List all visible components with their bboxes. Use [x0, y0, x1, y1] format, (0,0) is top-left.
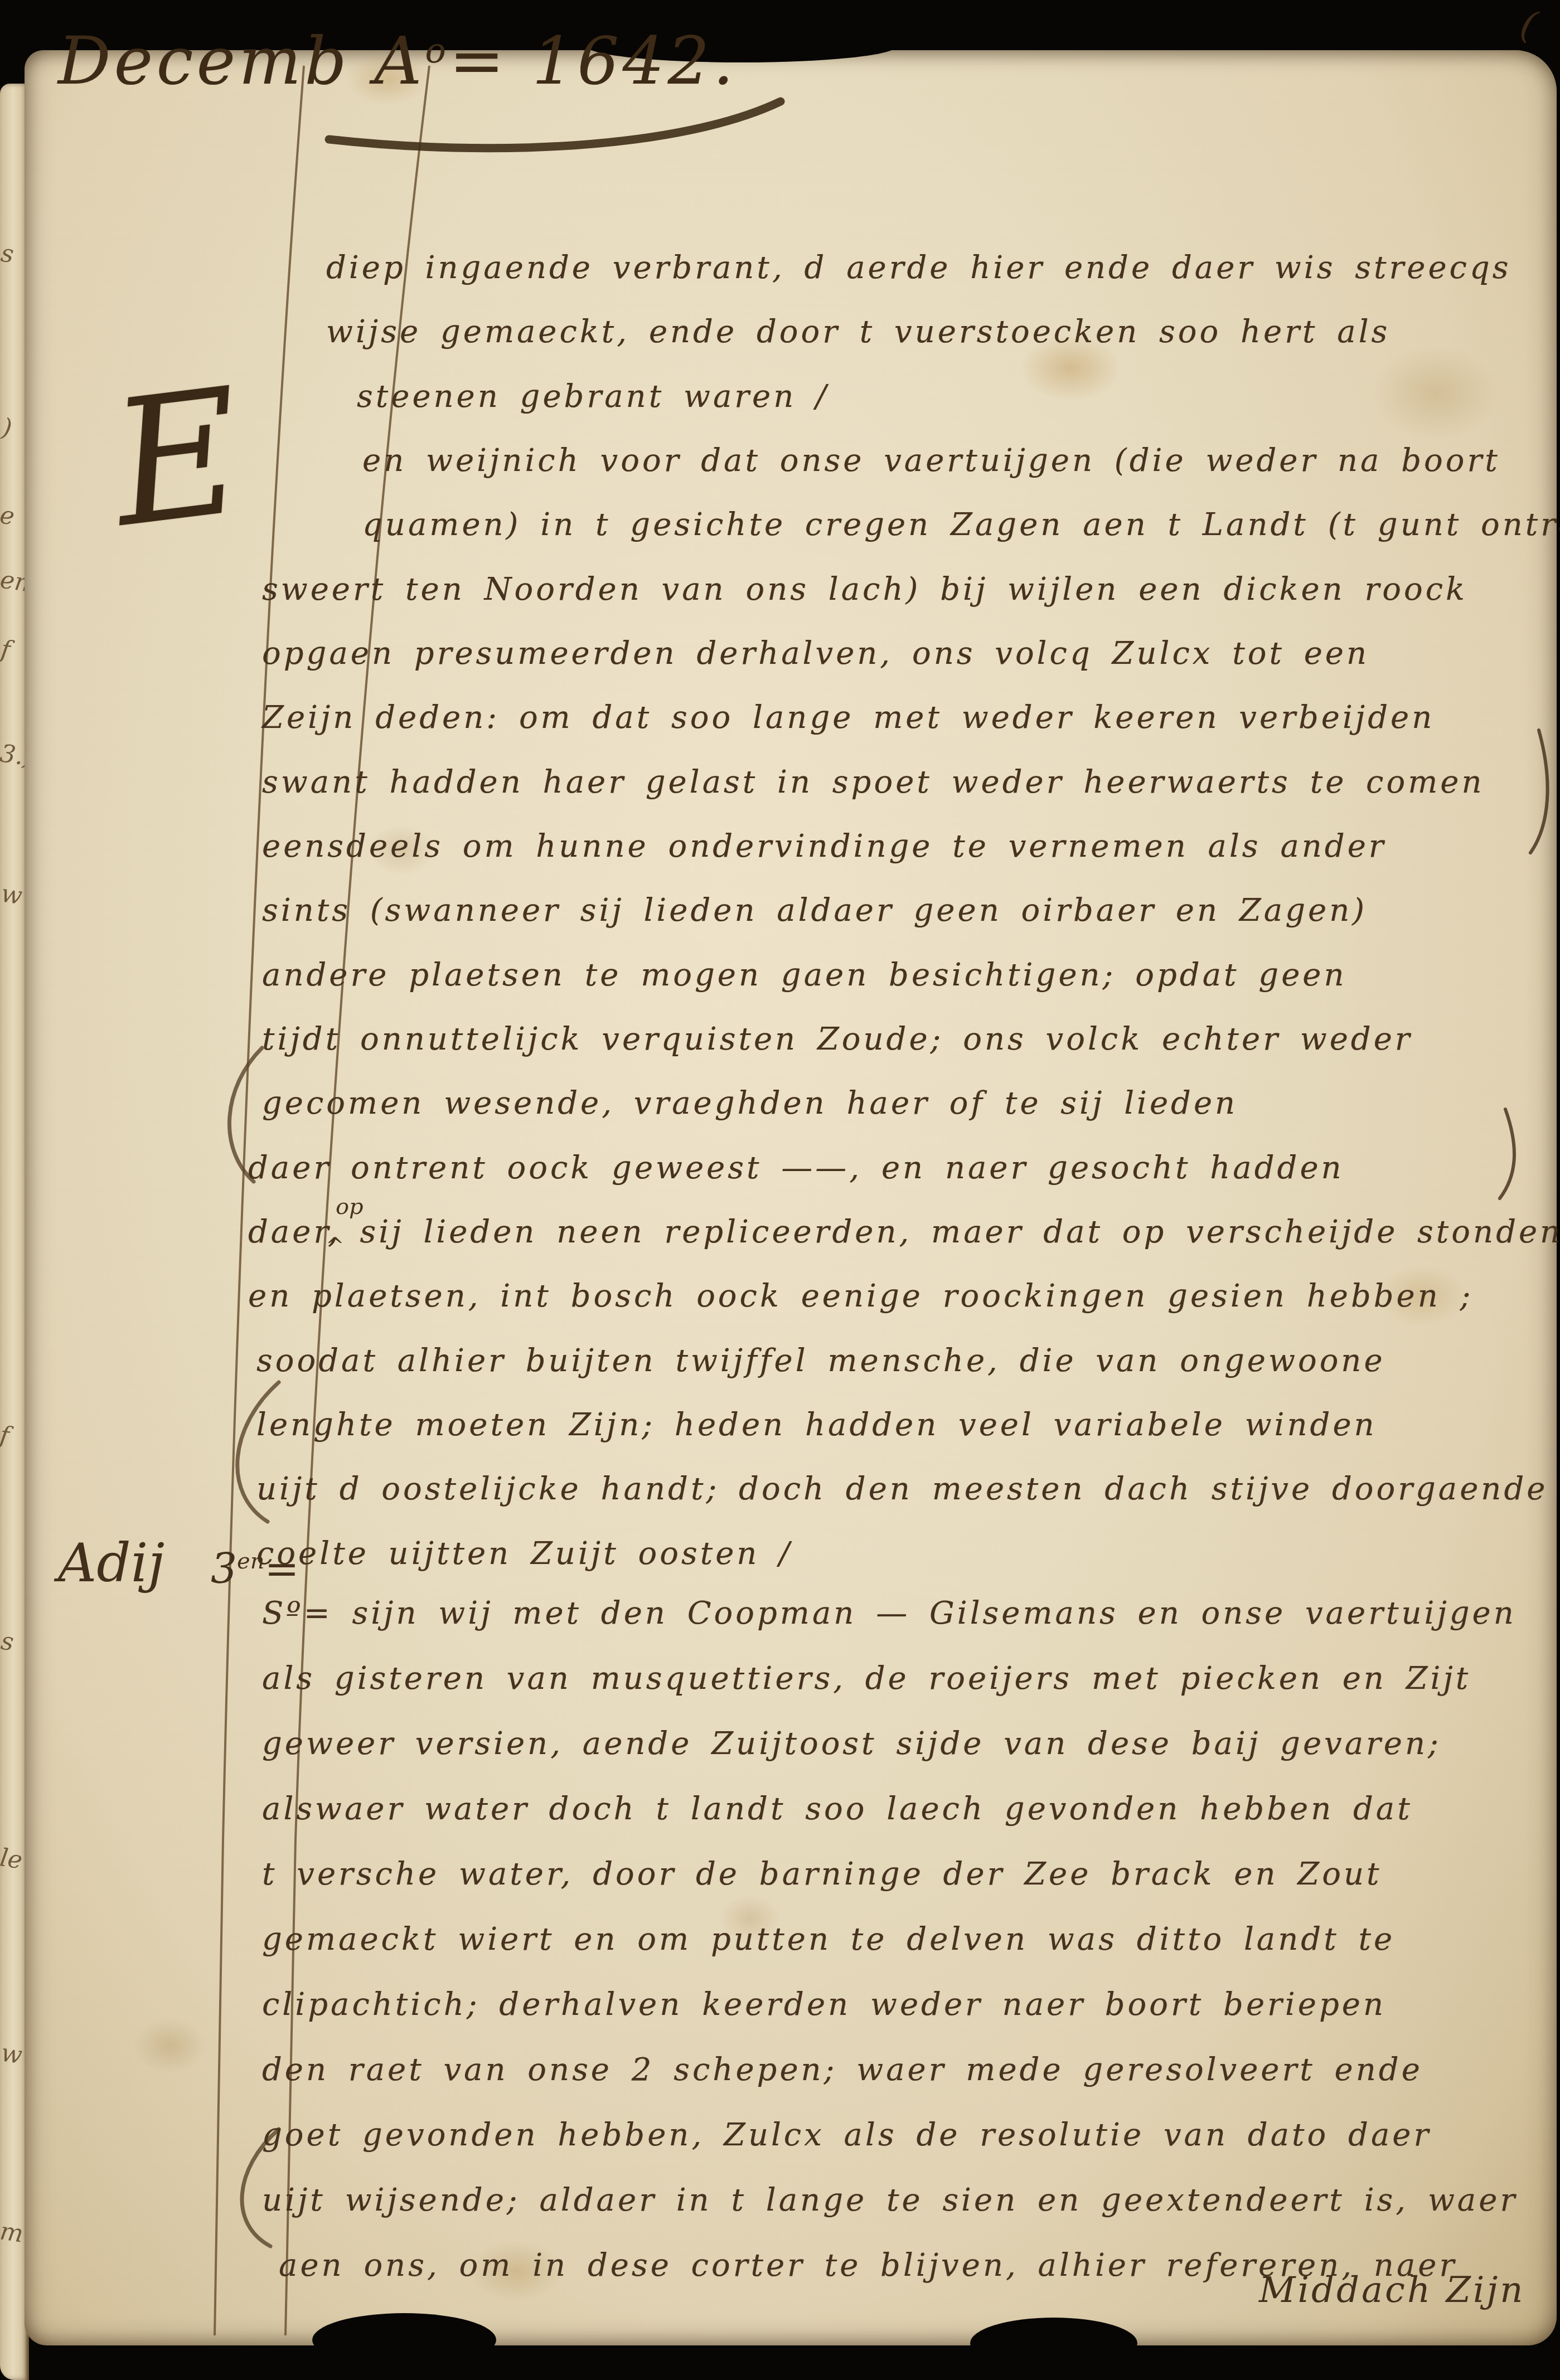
text-line: gemaeckt wiert en om putten te delven wa… [262, 1921, 1395, 1958]
header-year: 1642. [532, 22, 737, 99]
text-line: soodat alhier buijten twijffel mensche, … [256, 1343, 1385, 1379]
text-line: opgaen presumeerden derhalven, ons volcq… [262, 635, 1369, 672]
text-line: als gisteren van musquettiers, de roeije… [262, 1660, 1471, 1697]
text-line: daer ontrent oock geweest ——, en naer ge… [248, 1150, 1344, 1186]
text-line: coelte uijtten Zuijt oosten / [256, 1536, 792, 1572]
text-line: geweer versien, aende Zuijtoost sijde va… [262, 1726, 1441, 1762]
margin-rules [0, 0, 1560, 2380]
text-line: clipachtich; derhalven keerden weder nae… [262, 1986, 1386, 2023]
text-line: en weijnich voor dat onse vaertuijgen (d… [362, 443, 1500, 479]
text-line: Sº= sijn wij met den Coopman — Gilsemans… [262, 1595, 1517, 1631]
text-line: en plaetsen, int bosch oock eenige roock… [248, 1278, 1473, 1314]
page-header-date: Decemb Ao= 1642. [58, 22, 737, 99]
text-line: swant hadden haer gelast in spoet weder … [262, 764, 1484, 800]
header-anno: A [374, 22, 425, 99]
text-line: andere plaetsen te mogen gaen besichtige… [262, 957, 1347, 993]
text-line: sints (swanneer sij lieden aldaer geen o… [262, 892, 1367, 929]
text-line: sweert ten Noorden van ons lach) bij wij… [262, 571, 1467, 608]
margin-note-day-number: 3 [211, 1545, 237, 1593]
text-line: Zeijn deden: om dat soo lange met weder … [262, 700, 1435, 736]
margin-note-adij: Adij [58, 1532, 164, 1594]
text-line: den raet van onse 2 schepen; waer mede g… [262, 2052, 1423, 2088]
margin-note-equals: = [265, 1545, 299, 1593]
text-line: alswaer water doch t landt soo laech gev… [262, 1791, 1413, 1827]
header-equals: = [449, 22, 508, 99]
text-line: uijt wijsende; aldaer in t lange te sien… [262, 2182, 1518, 2218]
header-anno-sup: o [425, 30, 449, 71]
text-line: gecomen wesende, vraeghden haer of te si… [262, 1085, 1238, 1121]
text-line: wijse gemaeckt, ende door t vuerstoecken… [326, 314, 1390, 350]
interlinear-insertion: op [336, 1194, 364, 1220]
text-line: diep ingaende verbrant, d aerde hier end… [326, 250, 1511, 286]
header-month: Decemb [58, 22, 350, 99]
insertion-caret: ^ [326, 1233, 345, 1259]
text-line: lenghte moeten Zijn; heden hadden veel v… [256, 1407, 1377, 1443]
margin-note-day-sup: en [237, 1548, 264, 1574]
text-line: t versche water, door de barninge der Ze… [262, 1856, 1382, 1892]
margin-note-day: 3en= [211, 1545, 299, 1593]
decorated-initial: E [104, 365, 250, 552]
catchword: Middach Zijn [1259, 2270, 1525, 2311]
text-line: goet gevonden hebben, Zulcx als de resol… [262, 2117, 1431, 2153]
manuscript-scan: s ) e em) f 3.) w f s le w m Decemb Ao= … [0, 0, 1560, 2380]
text-line: eensdeels om hunne ondervindinge te vern… [262, 828, 1387, 864]
text-line: daer, sij lieden neen repliceerden, maer… [248, 1214, 1560, 1250]
text-line: steenen gebrant waren / [357, 378, 829, 415]
text-line: uijt d oostelijcke handt; doch den meest… [256, 1471, 1548, 1507]
text-line: tijdt onnuttelijck verquisten Zoude; ons… [262, 1021, 1413, 1057]
text-line: quamen) in t gesichte cregen Zagen aen t… [362, 507, 1560, 543]
